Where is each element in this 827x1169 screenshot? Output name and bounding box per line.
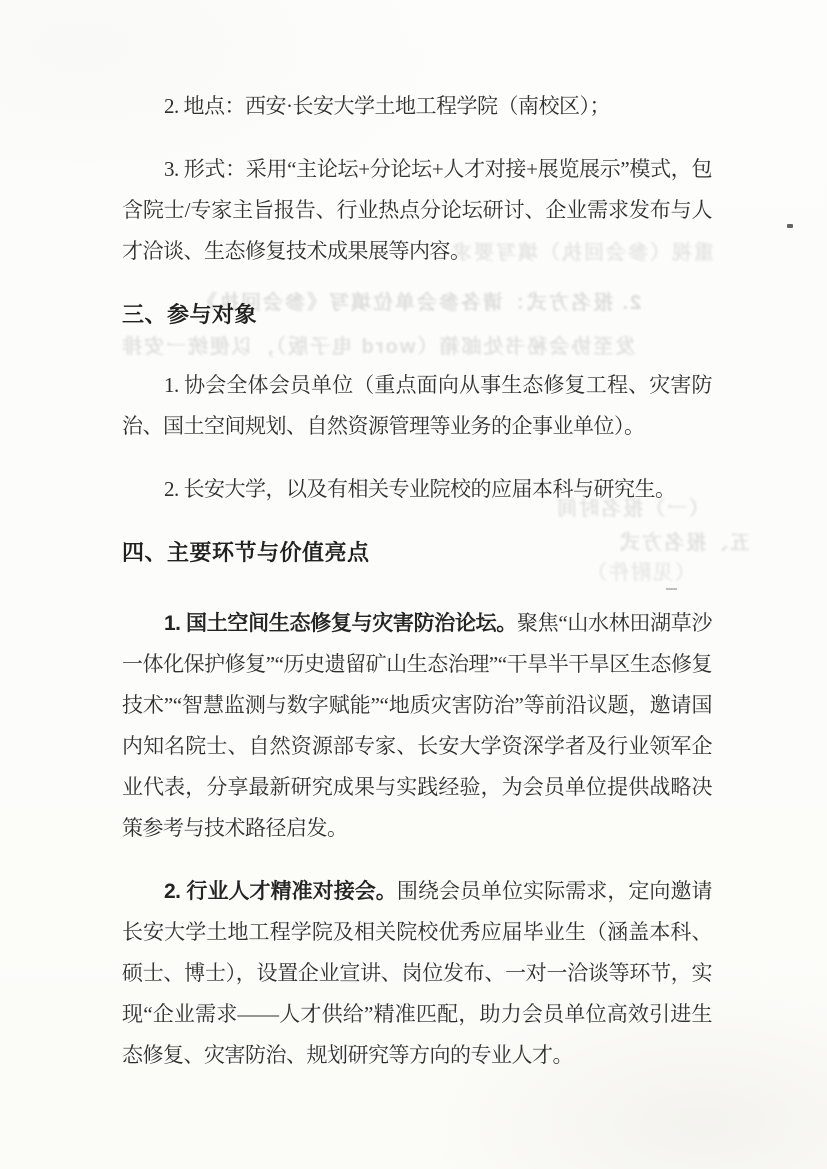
paragraph-text: 聚焦“山水林田湖草沙一体化保护修复”“历史遗留矿山生态治理”“干旱半干旱区生态修… xyxy=(122,611,712,840)
section-heading-highlights: 四、主要环节与价值亮点 xyxy=(122,532,712,573)
paragraph-format: 3. 形式：采用“主论坛+分论坛+人才对接+展览展示”模式，包含院士/专家主旨报… xyxy=(122,149,712,272)
paragraph-location: 2. 地点：西安·长安大学土地工程学院（南校区）； xyxy=(122,86,712,127)
paragraph-text: 2. 地点：西安·长安大学土地工程学院（南校区）； xyxy=(164,94,610,118)
paragraph-participants-1: 1. 协会全体会员单位（重点面向从事生态修复工程、灾害防治、国土空间规划、自然资… xyxy=(122,365,712,447)
paragraph-text: 1. 协会全体会员单位（重点面向从事生态修复工程、灾害防治、国土空间规划、自然资… xyxy=(122,373,712,438)
paragraph-forum: 1. 国土空间生态修复与灾害防治论坛。聚焦“山水林田湖草沙一体化保护修复”“历史… xyxy=(122,603,712,849)
paragraph-text: 2. 长安大学，以及有相关专业院校的应届本科与研究生。 xyxy=(164,477,676,501)
paragraph-lead: 2. 行业人才精准对接会。 xyxy=(164,880,397,903)
paragraph-talent-matching: 2. 行业人才精准对接会。围绕会员单位实际需求，定向邀请长安大学土地工程学院及相… xyxy=(122,871,712,1076)
paragraph-text: 3. 形式：采用“主论坛+分论坛+人才对接+展览展示”模式，包含院士/专家主旨报… xyxy=(122,157,712,263)
document-body: 2. 地点：西安·长安大学土地工程学院（南校区）； 3. 形式：采用“主论坛+分… xyxy=(122,86,712,1098)
scanned-document-page: 重视（参会回执）填写要求 2. 报名方式：请各参会单位填写《参会回执》 发至协会… xyxy=(0,0,827,1169)
scan-speck-artifact xyxy=(787,224,793,228)
section-heading-participants: 三、参与对象 xyxy=(122,294,712,335)
paragraph-text: 围绕会员单位实际需求，定向邀请长安大学土地工程学院及相关院校优秀应届毕业生（涵盖… xyxy=(122,879,712,1067)
paragraph-lead: 1. 国土空间生态修复与灾害防治论坛。 xyxy=(164,612,517,635)
paragraph-participants-2: 2. 长安大学，以及有相关专业院校的应届本科与研究生。 xyxy=(122,469,712,510)
